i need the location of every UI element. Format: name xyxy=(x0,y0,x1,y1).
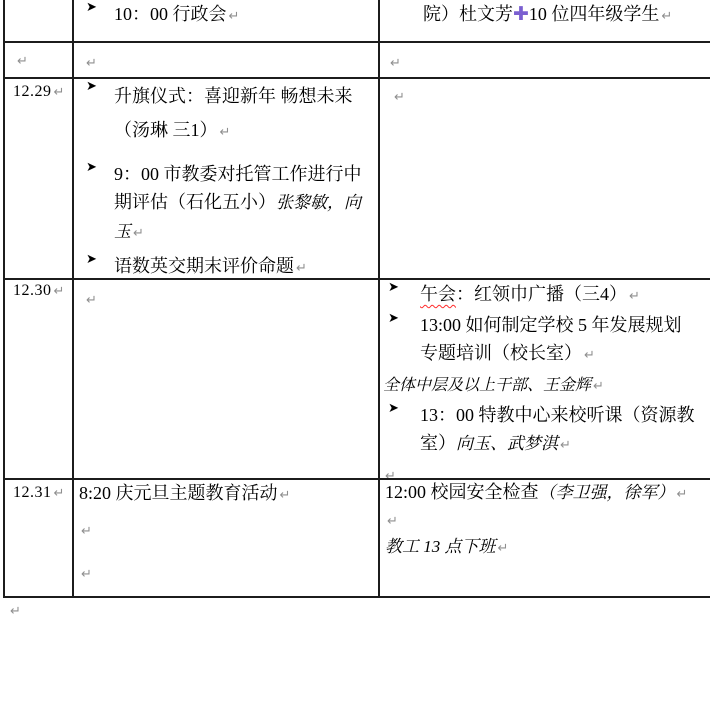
item-text: 期评估（石化五小） xyxy=(114,192,276,212)
schedule-item: 10：00 行政会↵ xyxy=(114,0,378,31)
arrow-bullet-icon: ➤ xyxy=(388,280,399,295)
item-text: 期评估（石化五小）张黎敏，向 xyxy=(114,188,378,217)
item-text: 午会：红领巾广播（三4）↵ xyxy=(420,280,710,311)
handwritten-names: 张黎敏，向 xyxy=(276,193,361,212)
item-text: 专题培训（校长室） xyxy=(420,343,582,363)
handwritten-names: 向玉、武梦淇 xyxy=(456,434,558,453)
bullet-paragraph: ➤ 9：00 市教委对托管工作进行中 期评估（石化五小）张黎敏，向 玉↵ xyxy=(74,160,378,248)
arrow-bullet-icon: ➤ xyxy=(86,79,97,94)
table-row-top: ➤ 10：00 行政会↵ 院）杜文芳✚10 位四年级学生↵ xyxy=(5,0,710,43)
date-label: 12.30 xyxy=(13,282,52,299)
pilcrow-mark: ↵ xyxy=(81,567,92,582)
pilcrow-mark: ↵ xyxy=(394,90,405,105)
cell-empty-mid[interactable]: ↵ xyxy=(72,43,378,77)
attendees-line: 全体中层及以上干部、王金辉↵ xyxy=(380,370,710,401)
arrow-bullet-icon: ➤ xyxy=(388,311,399,326)
pilcrow-mark: ↵ xyxy=(593,379,604,394)
document-page: ➤ 10：00 行政会↵ 院）杜文芳✚10 位四年级学生↵ ↵ ↵ ↵ 12. xyxy=(0,0,710,723)
item-text: 10：00 行政会 xyxy=(114,4,227,24)
pilcrow-mark: ↵ xyxy=(584,348,595,363)
pilcrow-mark: ↵ xyxy=(229,9,240,24)
pilcrow-mark: ↵ xyxy=(296,261,307,276)
cell-1231-mid[interactable]: 8:20 庆元旦主题教育活动↵ ↵ ↵ xyxy=(72,480,378,596)
spellcheck-flagged-text: 午会 xyxy=(420,284,456,304)
bullet-paragraph: ➤ 13:00 如何制定学校 5 年发展规划 专题培训（校长室）↵ xyxy=(380,311,710,370)
item-text: ：红领巾广播（三4） xyxy=(456,284,627,304)
pilcrow-mark: ↵ xyxy=(385,469,396,478)
pilcrow-mark: ↵ xyxy=(133,226,144,241)
pilcrow-mark: ↵ xyxy=(498,541,509,556)
item-text: 12:00 校园安全检查（李卫强，徐军）↵ xyxy=(385,480,710,507)
wrapped-continuation-line: 院）杜文芳✚10 位四年级学生↵ xyxy=(380,0,710,31)
item-text: （汤琳 三1） xyxy=(114,120,218,140)
pilcrow-mark: ↵ xyxy=(54,284,65,299)
table-row-1231: 12.31↵ 8:20 庆元旦主题教育活动↵ ↵ ↵ 12:00 校园安全检查（… xyxy=(5,480,710,598)
pilcrow-mark: ↵ xyxy=(387,514,398,529)
cell-1230-mid[interactable]: ↵ xyxy=(72,280,378,478)
arrow-bullet-icon: ➤ xyxy=(86,0,97,15)
pilcrow-mark: ↵ xyxy=(390,56,401,71)
cell-1231-date[interactable]: 12.31↵ xyxy=(5,480,72,596)
pilcrow-mark: ↵ xyxy=(677,487,688,502)
item-text: 升旗仪式：喜迎新年 畅想未来 xyxy=(114,79,378,113)
date-label: 12.31 xyxy=(13,484,52,501)
schedule-table: ➤ 10：00 行政会↵ 院）杜文芳✚10 位四年级学生↵ ↵ ↵ ↵ 12. xyxy=(3,0,710,598)
pilcrow-mark: ↵ xyxy=(81,524,92,539)
pilcrow-mark: ↵ xyxy=(661,9,672,24)
pilcrow-mark: ↵ xyxy=(54,85,65,100)
cell-top-right[interactable]: 院）杜文芳✚10 位四年级学生↵ xyxy=(378,0,710,41)
arrow-bullet-icon: ➤ xyxy=(86,252,97,267)
pilcrow-mark: ↵ xyxy=(220,125,231,140)
cell-1230-right[interactable]: ➤ 午会：红领巾广播（三4）↵ ➤ 13:00 如何制定学校 5 年发展规划 专… xyxy=(378,280,710,478)
bullet-paragraph: ➤ 语数英交期末评价命题↵ xyxy=(74,252,378,278)
pilcrow-mark: ↵ xyxy=(54,486,65,501)
pilcrow-mark: ↵ xyxy=(280,488,291,503)
item-text: 9：00 市教委对托管工作进行中 xyxy=(114,160,378,188)
item-text: 12:00 校园安全检查 xyxy=(385,482,539,502)
item-text: 语数英交期末评价命题 xyxy=(114,256,294,276)
pilcrow-mark: ↵ xyxy=(629,289,640,304)
cell-top-date[interactable] xyxy=(5,0,72,41)
note-line: 教工 13 点下班↵ xyxy=(385,534,710,561)
pilcrow-mark: ↵ xyxy=(10,604,21,619)
item-text: 玉↵ xyxy=(114,217,378,248)
date-label: 12.29 xyxy=(13,83,52,100)
table-row-1230: 12.30↵ ↵ ➤ 午会：红领巾广播（三4）↵ ➤ 13:00 如何制定学校 … xyxy=(5,280,710,480)
item-text: 8:20 庆元旦主题教育活动↵ xyxy=(79,480,378,509)
handwritten-names: 全体中层及以上干部、王金辉 xyxy=(383,377,591,394)
cell-empty-date[interactable]: ↵ xyxy=(5,43,72,77)
item-text: （汤琳 三1）↵ xyxy=(114,113,378,150)
cell-1229-date[interactable]: 12.29↵ xyxy=(5,79,72,278)
pilcrow-mark: ↵ xyxy=(86,56,97,71)
bullet-paragraph: ➤ 升旗仪式：喜迎新年 畅想未来 （汤琳 三1）↵ xyxy=(74,79,378,150)
item-text: 13:00 如何制定学校 5 年发展规划 xyxy=(420,311,710,339)
bullet-paragraph: ➤ 午会：红领巾广播（三4）↵ xyxy=(380,280,710,311)
cell-1229-right[interactable]: ↵ xyxy=(378,79,710,278)
cell-1230-date[interactable]: 12.30↵ xyxy=(5,280,72,478)
pilcrow-mark: ↵ xyxy=(86,293,97,308)
handwritten-note: 教工 13 点下班 xyxy=(385,537,496,556)
item-text: 10 位四年级学生 xyxy=(529,4,660,24)
pilcrow-mark: ↵ xyxy=(17,54,28,69)
cell-empty-right[interactable]: ↵ xyxy=(378,43,710,77)
plus-icon: ✚ xyxy=(513,3,529,25)
handwritten-names: 玉 xyxy=(114,222,131,241)
empty-paragraph[interactable]: ↵ xyxy=(8,598,21,623)
item-text: 院）杜文芳 xyxy=(423,4,513,24)
item-text: 室） xyxy=(420,433,456,453)
cell-top-mid[interactable]: ➤ 10：00 行政会↵ xyxy=(72,0,378,41)
item-text: 室）向玉、武梦淇↵ xyxy=(420,429,710,460)
arrow-bullet-icon: ➤ xyxy=(388,401,399,416)
bullet-paragraph: ➤ 13：00 特教中心来校听课（资源教 室）向玉、武梦淇↵ xyxy=(380,401,710,460)
cell-1231-right[interactable]: 12:00 校园安全检查（李卫强，徐军）↵ ↵ 教工 13 点下班↵ xyxy=(378,480,710,596)
item-text: 13：00 特教中心来校听课（资源教 xyxy=(420,401,710,429)
pilcrow-mark: ↵ xyxy=(560,438,571,453)
handwritten-names: （李卫强，徐军） xyxy=(539,483,675,502)
cell-1229-mid[interactable]: ➤ 升旗仪式：喜迎新年 畅想未来 （汤琳 三1）↵ ➤ 9：00 市教委对托管工… xyxy=(72,79,378,278)
item-text: 8:20 庆元旦主题教育活动 xyxy=(79,483,278,503)
bullet-paragraph: ➤ 10：00 行政会↵ xyxy=(74,0,378,31)
arrow-bullet-icon: ➤ xyxy=(86,160,97,175)
item-text: 语数英交期末评价命题↵ xyxy=(114,252,378,278)
table-row-1229: 12.29↵ ➤ 升旗仪式：喜迎新年 畅想未来 （汤琳 三1）↵ ➤ 9：00 … xyxy=(5,79,710,280)
table-row-empty: ↵ ↵ ↵ xyxy=(5,43,710,79)
item-text: 专题培训（校长室）↵ xyxy=(420,339,710,370)
